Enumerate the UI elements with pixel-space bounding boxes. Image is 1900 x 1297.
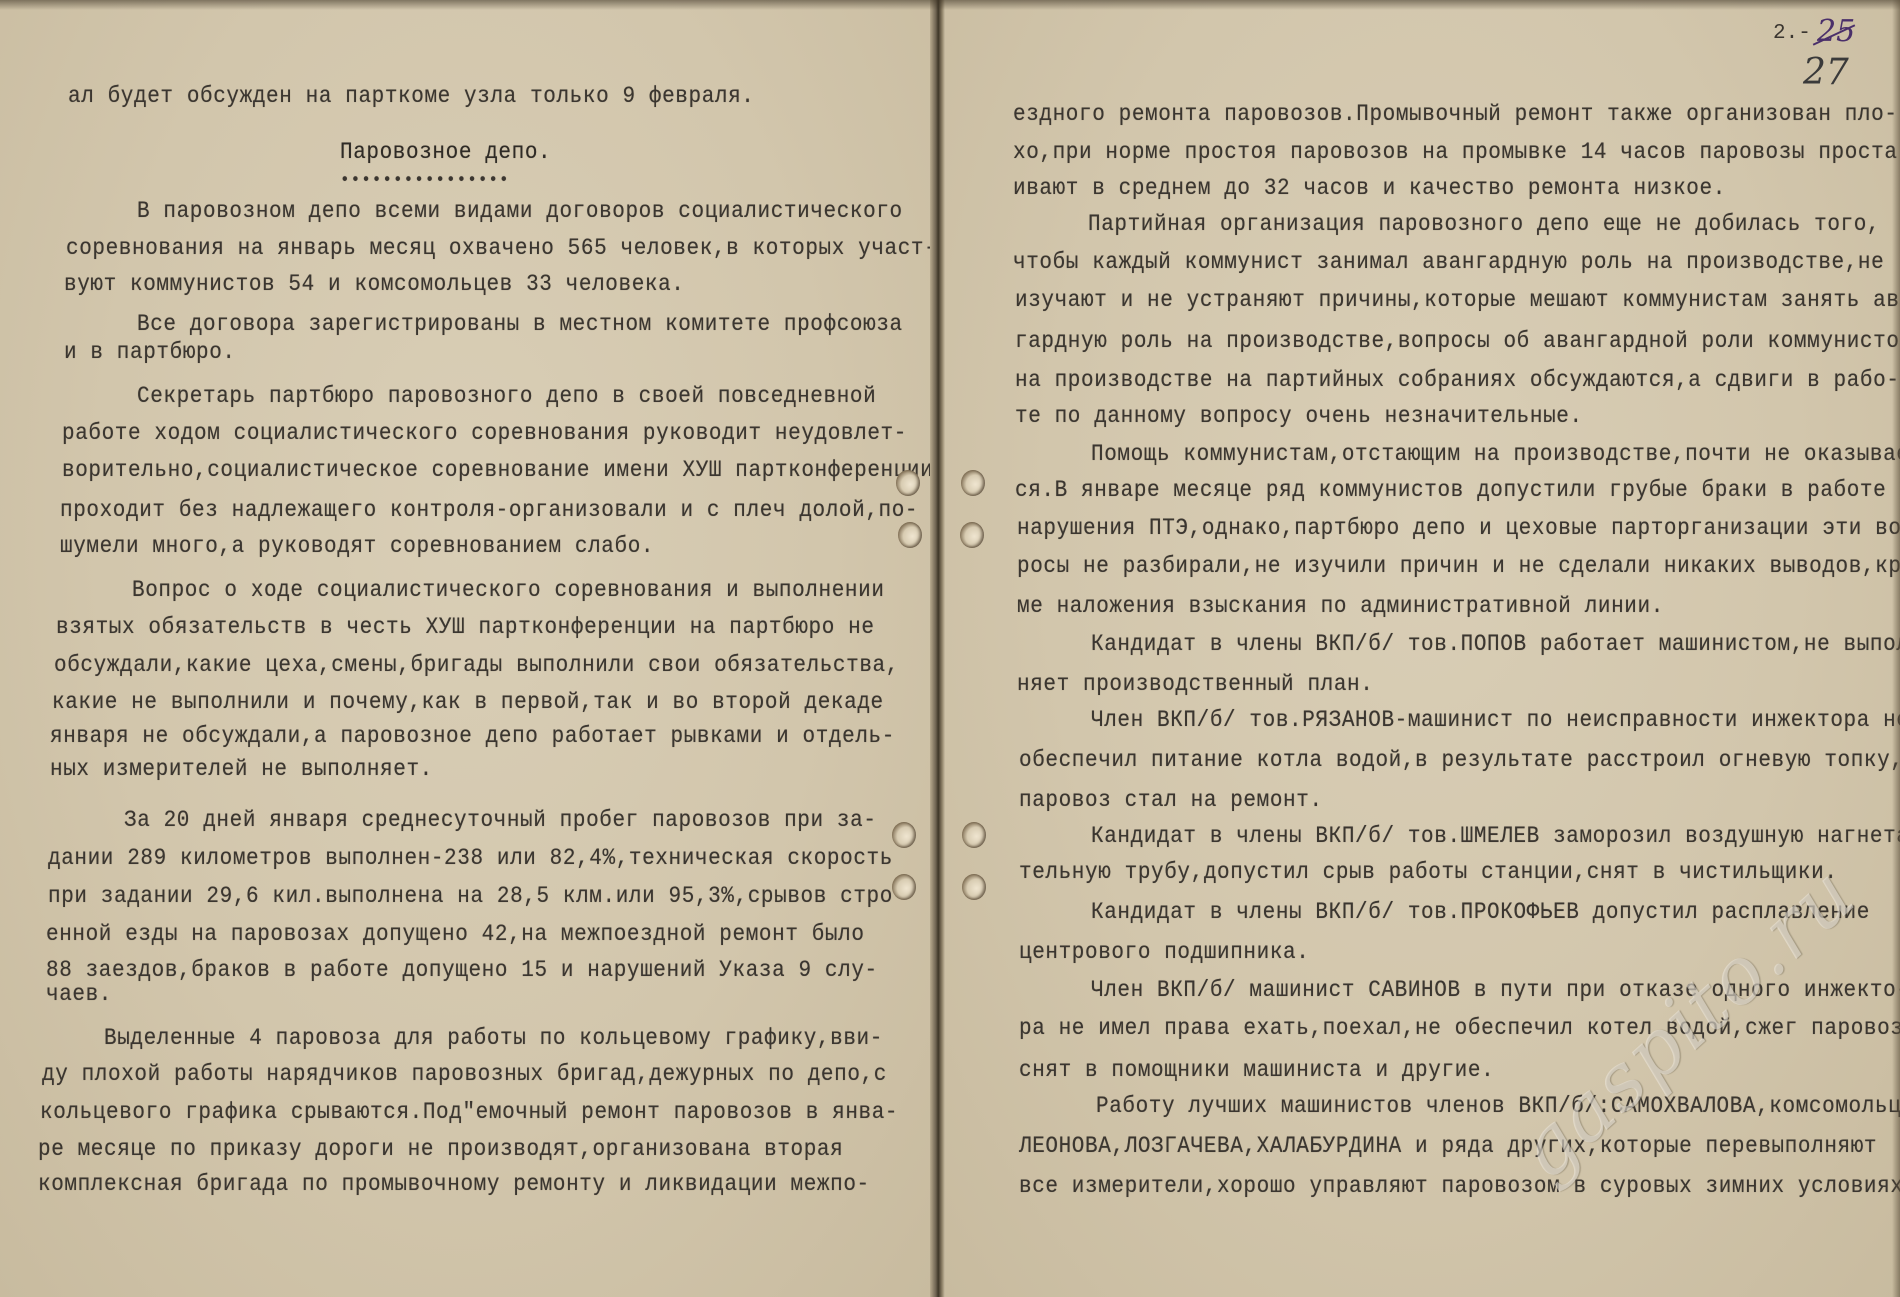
text-line: 88 заездов,браков в работе допущено 15 и… [46,958,878,984]
text-line: центрового подшипника. [1019,940,1309,966]
text-line: В паровозном депо всеми видами договоров… [137,199,903,225]
right-page: 2.- 25 27 ездного ремонта паровозов.Пром… [945,0,1900,1297]
text-line: енной езды на паровозах допущено 42,на м… [46,922,865,948]
text-line: соревнования на январь месяц охвачено 56… [66,236,937,262]
text-line: вуют коммунистов 54 и комсомольцев 33 че… [64,272,685,298]
text-line: няет производственный план. [1017,672,1373,698]
text-line: Выделенные 4 паровоза для работы по коль… [104,1026,883,1052]
text-line: За 20 дней января среднесуточный пробег … [124,808,877,834]
text-line: изучают и не устраняют причины,которые м… [1015,288,1900,314]
punch-hole [892,874,916,900]
top-edge-shadow [0,0,1900,10]
text-line: проходит без надлежащего контроля-органи… [60,498,918,524]
text-line: ворительно,социалистическое соревнование… [62,458,933,484]
text-line: чтобы каждый коммунист занимал авангардн… [1013,250,1884,276]
binding-gutter [930,0,945,1297]
text-line: дании 289 километров выполнен-238 или 82… [48,846,893,872]
text-line: какие не выполнили и почему,как в первой… [52,690,884,716]
text-line: шумели много,а руководят соревнованием с… [60,534,654,560]
text-line: взятых обязательств в честь ХУШ партконф… [56,615,875,641]
text-line: те по данному вопросу очень незначительн… [1015,404,1583,430]
text-line: ездного ремонта паровозов.Промывочный ре… [1013,102,1898,128]
text-line: нарушения ПТЭ,однако,партбюро депо и цех… [1017,516,1900,542]
text-line: Секретарь партбюро паровозного депо в св… [137,384,876,410]
punch-hole [962,874,986,900]
page-number-typed: 2.- [1773,22,1811,45]
text-line: росы не разбирали,не изучили причин и не… [1017,554,1900,580]
text-line: гардную роль на производстве,вопросы об … [1015,329,1900,355]
text-line: кольцевого графика срываются.Под"емочный… [40,1100,898,1126]
punch-hole [960,522,984,548]
text-line: на производстве на партийных собраниях о… [1015,368,1900,394]
text-line: Работу лучших машинистов членов ВКП/б/:С… [1096,1094,1900,1120]
text-line: Вопрос о ходе социалистического соревнов… [132,578,885,604]
punch-hole [898,522,922,548]
text-line: Член ВКП/б/ тов.РЯЗАНОВ-машинист по неис… [1091,708,1900,734]
text-line: все измерители,хорошо управляют паровозо… [1019,1174,1900,1200]
title-underline: •••••••••••••••• [340,170,510,190]
section-title: Паровозное депо. [340,140,551,166]
text-line: ме наложения взыскания по административн… [1017,594,1664,620]
text-line: при задании 29,6 кил.выполнена на 28,5 к… [48,884,906,910]
text-line: ра не имел права ехать,поехал,не обеспеч… [1019,1016,1900,1042]
text-line: снят в помощники машиниста и другие. [1019,1058,1494,1084]
text-line: ся.В январе месяце ряд коммунистов допус… [1015,478,1900,504]
text-line: Партийная организация паровозного депо е… [1088,212,1880,238]
text-line: тельную трубу,допустил срыв работы станц… [1019,860,1838,886]
right-edge-shadow [1892,0,1900,1297]
text-line: Помощь коммунистам,отстающим на производ… [1091,442,1900,468]
text-line: ре месяце по приказу дороги не производя… [38,1137,843,1163]
punch-hole [961,470,985,496]
text-line: ивают в среднем до 32 часов и качество р… [1013,176,1726,202]
text-line: хо,при норме простоя паровозов на промыв… [1013,140,1900,166]
text-line: комплексная бригада по промывочному ремо… [38,1172,870,1198]
text-line: паровоз стал на ремонт. [1019,788,1323,814]
text-line: обсуждали,какие цеха,смены,бригады выпол… [54,653,899,679]
text-line: Кандидат в члены ВКП/б/ тов.ПОПОВ работа… [1091,632,1900,658]
text-line: ЛЕОНОВА,ЛОЗГАЧЕВА,ХАЛАБУРДИНА и ряда дру… [1019,1134,1877,1160]
continuation-line: ал будет обсужден на парткоме узла тольк… [68,84,755,110]
punch-hole [962,822,986,848]
left-page: ал будет обсужден на парткоме узла тольк… [0,0,930,1297]
punch-hole [896,470,920,496]
text-line: ных измерителей не выполняет. [50,757,433,783]
page-number-handwritten: 27 [1803,52,1849,93]
text-line: января не обсуждали,а паровозное депо ра… [50,724,895,750]
text-line: Все договора зарегистрированы в местном … [137,312,903,338]
text-line: работе ходом социалистического соревнова… [62,421,907,447]
text-line: чаев. [46,982,112,1008]
text-line: и в партбюро. [64,340,236,366]
text-line: обеспечил питание котла водой,в результа… [1019,748,1900,774]
punch-hole [892,822,916,848]
text-line: ду плохой работы нарядчиков паровозных б… [42,1062,887,1088]
text-line: Кандидат в члены ВКП/б/ тов.ШМЕЛЕВ замор… [1091,824,1900,850]
